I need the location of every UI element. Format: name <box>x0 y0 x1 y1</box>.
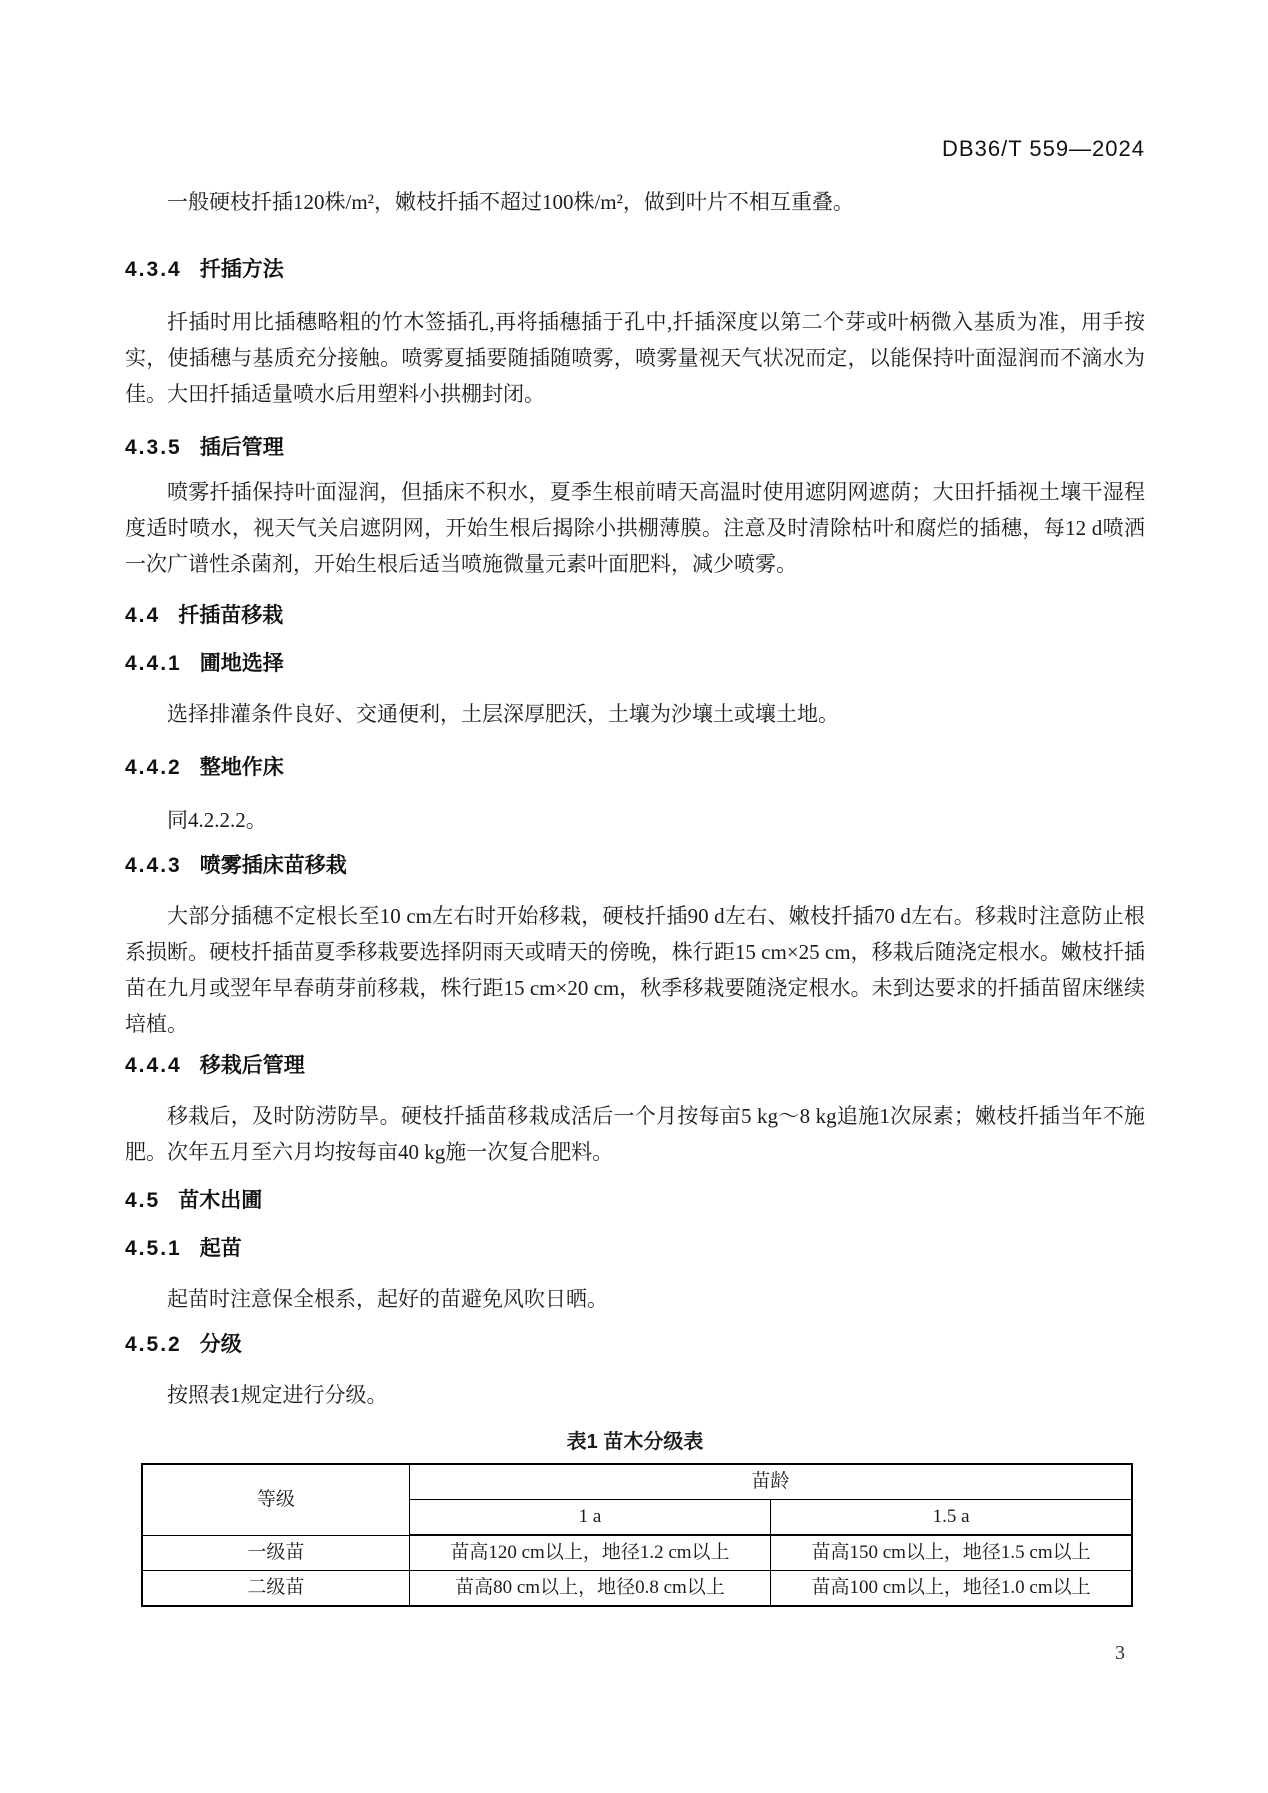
document-page: DB36/T 559—2024 一般硬枝扦插120株/m²，嫩枝扦插不超过100… <box>0 0 1268 1793</box>
section-number: 4.4.2 <box>125 756 182 779</box>
section-title: 整地作床 <box>200 756 284 779</box>
section-number: 4.5.2 <box>125 1333 182 1356</box>
age-subheader-1a: 1 a <box>409 1500 770 1536</box>
section-title: 扦插方法 <box>200 258 284 281</box>
grade-cell: 二级苗 <box>142 1571 409 1607</box>
grade-column-header: 等级 <box>142 1464 409 1535</box>
table-row-grade-2: 二级苗 苗高80 cm以上，地径0.8 cm以上 苗高100 cm以上，地径1.… <box>142 1571 1132 1607</box>
section-number: 4.4.4 <box>125 1054 182 1077</box>
section-title: 圃地选择 <box>200 652 284 675</box>
section-heading-4-5-1: 4.5.1起苗 <box>125 1235 1145 1263</box>
page-content: DB36/T 559—2024 一般硬枝扦插120株/m²，嫩枝扦插不超过100… <box>125 0 1145 1607</box>
section-paragraph-4-3-5: 喷雾扦插保持叶面湿润，但插床不积水，夏季生根前晴天高温时使用遮阴网遮荫；大田扦插… <box>125 474 1145 582</box>
section-heading-4-4: 4.4扦插苗移栽 <box>125 602 1145 630</box>
standard-code-header: DB36/T 559—2024 <box>125 0 1145 162</box>
section-number: 4.3.5 <box>125 436 182 459</box>
section-heading-4-4-1: 4.4.1圃地选择 <box>125 650 1145 678</box>
section-heading-4-5: 4.5苗木出圃 <box>125 1187 1145 1215</box>
spec-cell-1a: 苗高80 cm以上，地径0.8 cm以上 <box>409 1571 770 1607</box>
section-paragraph-4-4-3: 大部分插穗不定根长至10 cm左右时开始移栽，硬枝扦插90 d左右、嫩枝扦插70… <box>125 898 1145 1042</box>
spec-cell-1-5a: 苗高100 cm以上，地径1.0 cm以上 <box>771 1571 1132 1607</box>
seedling-grade-table: 等级 苗龄 1 a 1.5 a 一级苗 苗高120 cm以上，地径1.2 cm以… <box>141 1463 1133 1607</box>
section-heading-4-4-4: 4.4.4移栽后管理 <box>125 1052 1145 1080</box>
section-paragraph-4-5-1: 起苗时注意保全根系，起好的苗避免风吹日晒。 <box>125 1281 1145 1317</box>
table-title: 表1 苗木分级表 <box>125 1429 1145 1455</box>
section-paragraph-4-3-4: 扦插时用比插穗略粗的竹木签插孔,再将插穗插于孔中,扦插深度以第二个芽或叶柄微入基… <box>125 304 1145 412</box>
section-title: 起苗 <box>200 1237 242 1260</box>
section-title: 喷雾插床苗移栽 <box>200 854 347 877</box>
age-column-header: 苗龄 <box>409 1464 1132 1500</box>
section-number: 4.5 <box>125 1189 160 1212</box>
section-title: 扦插苗移栽 <box>178 604 283 627</box>
section-heading-4-3-4: 4.3.4扦插方法 <box>125 256 1145 284</box>
section-paragraph-4-5-2: 按照表1规定进行分级。 <box>125 1377 1145 1413</box>
section-number: 4.3.4 <box>125 258 182 281</box>
table-header-row-1: 等级 苗龄 <box>142 1464 1132 1500</box>
section-heading-4-4-3: 4.4.3喷雾插床苗移栽 <box>125 852 1145 880</box>
section-number: 4.4.3 <box>125 854 182 877</box>
section-title: 分级 <box>200 1333 242 1356</box>
intro-paragraph: 一般硬枝扦插120株/m²，嫩枝扦插不超过100株/m²，做到叶片不相互重叠。 <box>125 184 1145 220</box>
section-paragraph-4-4-1: 选择排灌条件良好、交通便利，土层深厚肥沃，土壤为沙壤土或壤土地。 <box>125 696 1145 732</box>
section-title: 苗木出圃 <box>178 1189 262 1212</box>
section-heading-4-5-2: 4.5.2分级 <box>125 1331 1145 1359</box>
section-number: 4.5.1 <box>125 1237 182 1260</box>
section-number: 4.4 <box>125 604 160 627</box>
section-paragraph-4-4-2: 同4.2.2.2。 <box>125 802 1145 838</box>
section-number: 4.4.1 <box>125 652 182 675</box>
age-subheader-1-5a: 1.5 a <box>771 1500 1132 1536</box>
section-heading-4-4-2: 4.4.2整地作床 <box>125 754 1145 782</box>
section-title: 插后管理 <box>200 436 284 459</box>
spec-cell-1-5a: 苗高150 cm以上，地径1.5 cm以上 <box>771 1535 1132 1571</box>
section-paragraph-4-4-4: 移栽后，及时防涝防旱。硬枝扦插苗移栽成活后一个月按每亩5 kg～8 kg追施1次… <box>125 1098 1145 1170</box>
grade-cell: 一级苗 <box>142 1535 409 1571</box>
page-number: 3 <box>1115 1642 1125 1665</box>
section-title: 移栽后管理 <box>200 1054 305 1077</box>
table-row-grade-1: 一级苗 苗高120 cm以上，地径1.2 cm以上 苗高150 cm以上，地径1… <box>142 1535 1132 1571</box>
section-heading-4-3-5: 4.3.5插后管理 <box>125 434 1145 462</box>
spec-cell-1a: 苗高120 cm以上，地径1.2 cm以上 <box>409 1535 770 1571</box>
